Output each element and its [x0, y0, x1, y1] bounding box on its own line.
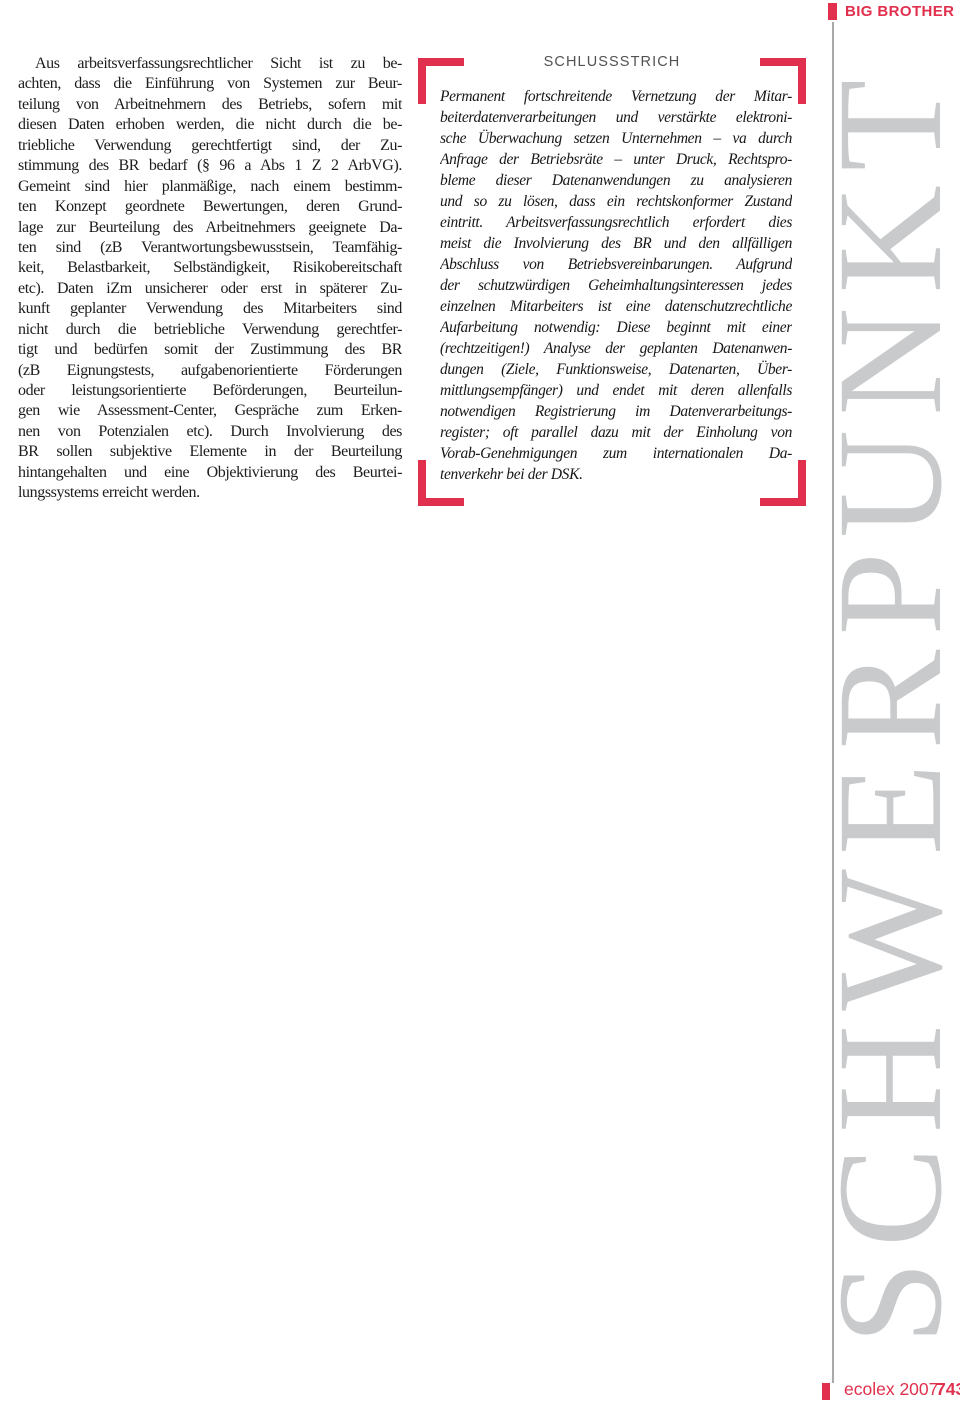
- schlussstrich-text-line: register; oft parallel dazu mit der Einh…: [440, 422, 792, 443]
- accent-marker-footer: [822, 1383, 830, 1400]
- article-text-line: lungssystems erreicht werden.: [18, 483, 402, 503]
- accent-marker-top: [828, 3, 837, 20]
- schlussstrich-text-line: mittlungsempfänger) und endet mit deren …: [440, 380, 792, 401]
- article-text-line: diesen Daten erhoben werden, die nicht d…: [18, 115, 402, 135]
- schlussstrich-text-line: der schutzwürdigen Geheimhaltungsinteres…: [440, 275, 792, 296]
- article-text-line: ten Konzept geordnete Bewertungen, deren…: [18, 197, 402, 217]
- schlussstrich-text-line: Permanent fortschreitende Vernetzung der…: [440, 86, 792, 107]
- article-text-line: keit, Belastbarkeit, Selbständigkeit, Ri…: [18, 258, 402, 278]
- schlussstrich-text-line: meist die Involvierung des BR und den al…: [440, 233, 792, 254]
- schlussstrich-text-line: Anfrage der Betriebsräte – unter Druck, …: [440, 149, 792, 170]
- schlussstrich-text-column: Permanent fortschreitende Vernetzung der…: [440, 86, 792, 485]
- article-text-line: tigt und bedürfen somit der Zustimmung d…: [18, 340, 402, 360]
- schlussstrich-text-line: Abschluss von Betriebsvereinbarungen. Au…: [440, 254, 792, 275]
- article-text-line: achten, dass die Einführung von Systemen…: [18, 74, 402, 94]
- article-text-line: teilung von Arbeitnehmern des Betriebs, …: [18, 95, 402, 115]
- schlussstrich-text-line: eintritt. Arbeitsverfassungsrechtlich er…: [440, 212, 792, 233]
- schlussstrich-text-line: notwendigen Registrierung im Datenverarb…: [440, 401, 792, 422]
- schlussstrich-text-line: bleme dieser Datenanwendungen zu analysi…: [440, 170, 792, 191]
- schlussstrich-text-line: beiterdatenverarbeitungen und verstärkte…: [440, 107, 792, 128]
- schlussstrich-text-line: Vorab-Genehmigungen zum internationalen …: [440, 443, 792, 464]
- article-text-line: nicht durch die betriebliche Verwendung …: [18, 320, 402, 340]
- article-body-column: Aus arbeitsverfassungsrechtlicher Sicht …: [18, 54, 402, 504]
- schlussstrich-text-line: (rechtzeitigen!) Analyse der geplanten D…: [440, 338, 792, 359]
- article-text-line: Gemeint sind hier planmäßige, nach einem…: [18, 177, 402, 197]
- article-text-line: BR sollen subjektive Elemente in der Beu…: [18, 442, 402, 462]
- journal-page: BIG BROTHER Aus arbeitsverfassungsrechtl…: [0, 0, 960, 1401]
- article-text-line: Aus arbeitsverfassungsrechtlicher Sicht …: [18, 54, 402, 74]
- schlussstrich-heading: SCHLUSSSTRICH: [418, 54, 806, 70]
- article-text-line: triebliche Verwendung gerechtfertigt sin…: [18, 136, 402, 156]
- schlussstrich-text-line: einzelnen Mitarbeiters ist eine datensch…: [440, 296, 792, 317]
- section-tag: BIG BROTHER: [845, 3, 954, 20]
- sidebar-vertical-title: SCHWERPUNKT: [820, 55, 960, 1355]
- schlussstrich-text-line: sche Überwachung setzen Unternehmen – va…: [440, 128, 792, 149]
- article-text-line: (zB Eignungstests, aufgabenorientierte F…: [18, 361, 402, 381]
- article-text-line: hintangehalten und eine Objektivierung d…: [18, 463, 402, 483]
- article-text-line: stimmung des BR bedarf (§ 96 a Abs 1 Z 2…: [18, 156, 402, 176]
- article-text-line: gen wie Assessment-Center, Gespräche zum…: [18, 401, 402, 421]
- schlussstrich-text-line: dungen (Ziele, Funktionsweise, Datenarte…: [440, 359, 792, 380]
- page-number: 743: [936, 1379, 960, 1400]
- article-text-line: etc). Daten iZm unsicherer oder erst in …: [18, 279, 402, 299]
- article-text-line: ten sind (zB Verantwortungsbewusstsein, …: [18, 238, 402, 258]
- schlussstrich-text-line: tenverkehr bei der DSK.: [440, 464, 792, 485]
- article-text-line: lage zur Beurteilung des Arbeitnehmers g…: [18, 218, 402, 238]
- journal-name-year: ecolex 2007: [844, 1379, 938, 1400]
- article-text-line: kunft geplanter Verwendung des Mitarbeit…: [18, 299, 402, 319]
- schlussstrich-text-line: Aufarbeitung notwendig: Diese beginnt mi…: [440, 317, 792, 338]
- article-text-line: oder leistungsorientierte Beförderungen,…: [18, 381, 402, 401]
- article-text-line: nen von Potenzialen etc). Durch Involvie…: [18, 422, 402, 442]
- schlussstrich-text-line: und so zu lösen, dass ein rechtskonforme…: [440, 191, 792, 212]
